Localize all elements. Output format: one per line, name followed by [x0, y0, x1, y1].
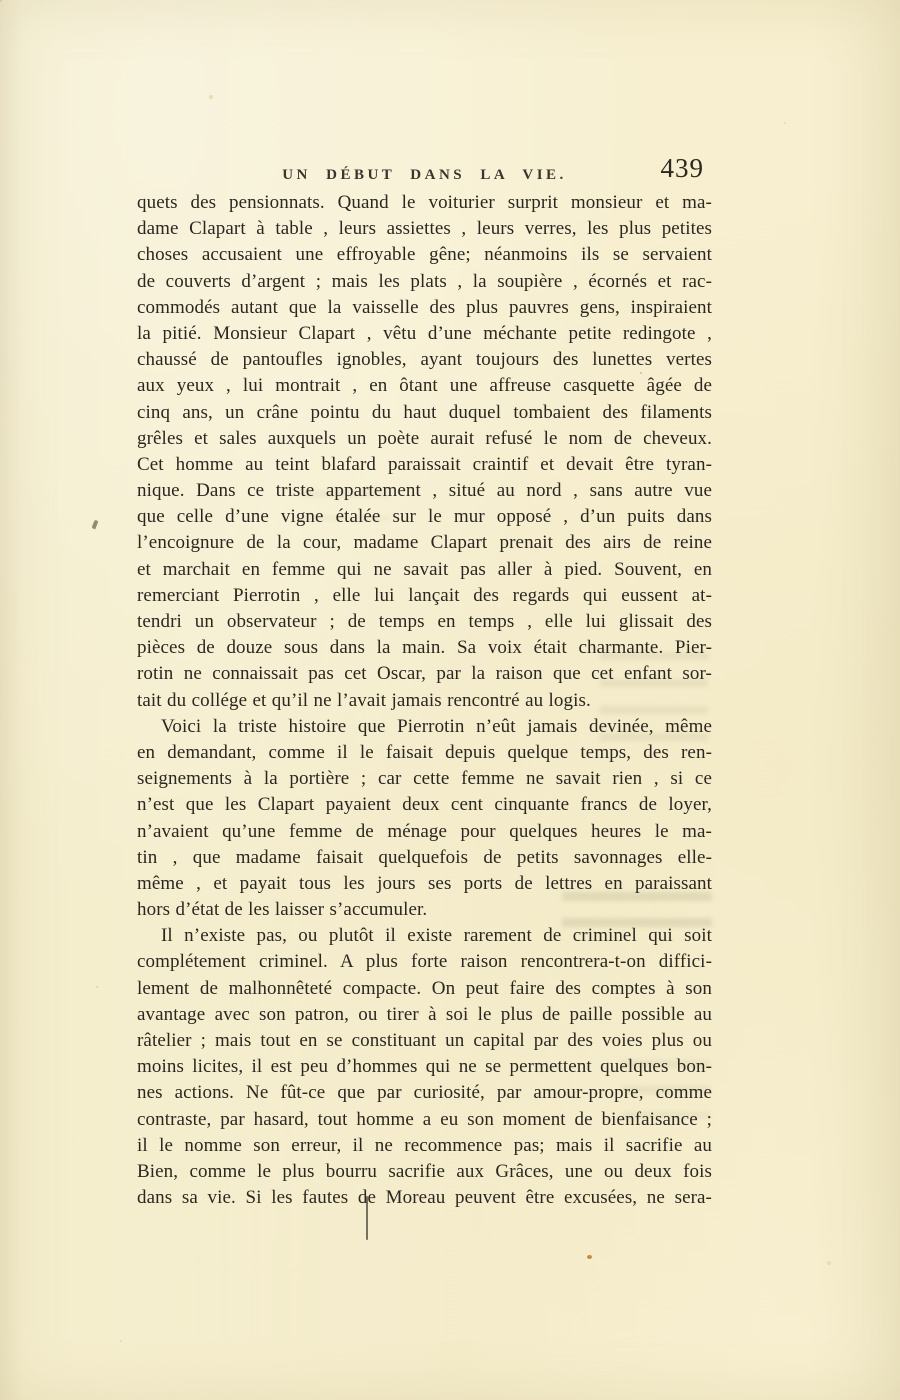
text-line: n’avaient qu’une femme de ménage pour qu… [137, 819, 712, 845]
text-block: quets des pensionnats. Quand le voiturie… [137, 190, 712, 1211]
text-line: seignements à la portière ; car cette fe… [137, 766, 712, 792]
text-line: nique. Dans ce triste appartement , situ… [137, 478, 712, 504]
text-line: hors d’état de les laisser s’accumuler. [137, 897, 712, 923]
text-line: en demandant, comme il le faisait depuis… [137, 740, 712, 766]
text-line: lement de malhonnêteté compacte. On peut… [137, 976, 712, 1002]
rust-speck-artifact [587, 1255, 592, 1259]
text-line: dame Clapart à table , leurs assiettes ,… [137, 216, 712, 242]
text-line: rotin ne connaissait pas cet Oscar, par … [137, 661, 712, 687]
page-number: 439 [661, 153, 705, 184]
text-line: commodés autant que la vaisselle des plu… [137, 295, 712, 321]
text-line: il le nomme son erreur, il ne recommence… [137, 1133, 712, 1159]
text-line: Il n’existe pas, ou plutôt il existe rar… [137, 923, 712, 949]
text-line: n’est que les Clapart payaient deux cent… [137, 792, 712, 818]
text-line: tendri un observateur ; de temps en temp… [137, 609, 712, 635]
text-line: remerciant Pierrotin , elle lui lançait … [137, 583, 712, 609]
text-line: aux yeux , lui montrait , en ôtant une a… [137, 373, 712, 399]
text-line: nes actions. Ne fût-ce que par curiosité… [137, 1080, 712, 1106]
text-line: et marchait en femme qui ne savait pas a… [137, 557, 712, 583]
margin-mark-artifact [91, 520, 98, 530]
text-line: pièces de douze sous dans la main. Sa vo… [137, 635, 712, 661]
text-line: râtelier ; mais tout en se constituant u… [137, 1028, 712, 1054]
text-line: tin , que madame faisait quelquefois de … [137, 845, 712, 871]
ink-stroke-artifact [366, 1196, 368, 1240]
text-line: moins licites, il est peu d’hommes qui n… [137, 1054, 712, 1080]
book-page: UN DÉBUT DANS LA VIE. 439 quets des pens… [0, 0, 900, 1400]
text-line: dans sa vie. Si les fautes de Moreau peu… [137, 1185, 712, 1211]
page-header: UN DÉBUT DANS LA VIE. 439 [137, 155, 712, 191]
text-line: grêles et sales auxquels un poète aurait… [137, 426, 712, 452]
text-line: Voici la triste histoire que Pierrotin n… [137, 714, 712, 740]
running-title: UN DÉBUT DANS LA VIE. [137, 167, 712, 184]
text-line: complétement criminel. A plus forte rais… [137, 949, 712, 975]
text-line: choses accusaient une effroyable gêne; n… [137, 242, 712, 268]
text-line: Cet homme au teint blafard paraissait cr… [137, 452, 712, 478]
text-line: de couverts d’argent ; mais les plats , … [137, 269, 712, 295]
text-line: même , et payait tous les jours ses port… [137, 871, 712, 897]
paper-specks-artifact [0, 0, 2, 2]
text-line: contraste, par hasard, tout homme a eu s… [137, 1107, 712, 1133]
text-line: avantage avec son patron, ou tirer à soi… [137, 1002, 712, 1028]
text-line: cinq ans, un crâne pointu du haut duquel… [137, 400, 712, 426]
text-line: la pitié. Monsieur Clapart , vêtu d’une … [137, 321, 712, 347]
text-line: l’encoignure de la cour, madame Clapart … [137, 530, 712, 556]
text-line: tait du collége et qu’il ne l’avait jama… [137, 688, 712, 714]
text-line: Bien, comme le plus bourru sacrifie aux … [137, 1159, 712, 1185]
text-line: chaussé de pantoufles ignobles, ayant to… [137, 347, 712, 373]
text-line: que celle d’une vigne étalée sur le mur … [137, 504, 712, 530]
text-line: quets des pensionnats. Quand le voiturie… [137, 190, 712, 216]
